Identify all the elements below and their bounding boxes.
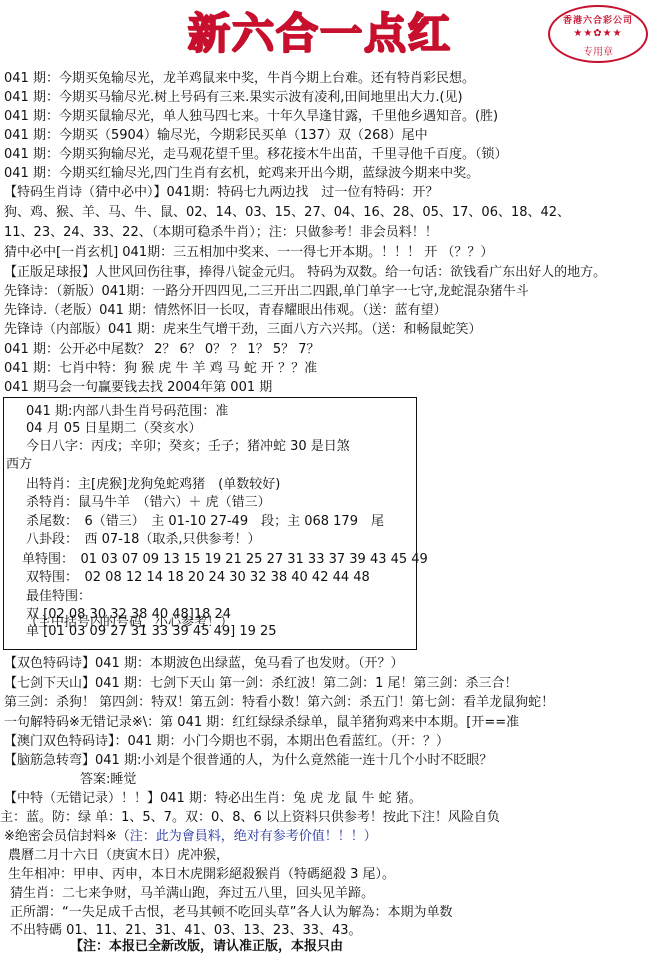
lower-line: 【脑筋急转弯】041 期:小刘是个很普通的人，为什么竟然能一连十几个小时不眨眼？ bbox=[4, 752, 492, 769]
box-line: 八卦段： 西 07-18（取杀,只供参考！） bbox=[26, 531, 261, 548]
prediction-line: 041 期：今期买兔输尽光，龙羊鸡鼠来中奖，牛肖今期上台难。还有特肖彩民想。 bbox=[4, 70, 475, 87]
prediction-line: 041 期：今期买红输尽光,四门生肖有玄机，蛇鸡来开出今期，蓝绿波今期来中奖。 bbox=[4, 165, 479, 182]
poem-line: 041 期：七肖中特：狗 猴 虎 牛 羊 鸡 马 蛇 开 ？？准 bbox=[4, 360, 317, 377]
box-line: 最佳特围： bbox=[26, 588, 91, 605]
poem-line: 猜中必中[一肖玄机] 041期：三五相加中奖来、一一得七开本期。！！！ 开 （？… bbox=[4, 244, 493, 261]
member-note-prefix: ※绝密会员信封料※（ bbox=[4, 829, 130, 844]
box-line: 04 月 05 日星期二（癸亥水） bbox=[26, 420, 201, 437]
box-line: 041 期:内部八卦生肖号码范围：准 bbox=[26, 403, 228, 420]
prediction-line: 041 期：今期买（5904）输尽光，今期彩民买单（137）双（268）尾中 bbox=[4, 127, 428, 144]
newspaper-title: 新六合一点红 bbox=[188, 6, 468, 62]
official-seal-stamp: 香港六合彩公司 ★★✿★★ 专用章 bbox=[548, 5, 648, 63]
seal-stars-icon: ★★✿★★ bbox=[550, 28, 646, 39]
box-line: 杀特肖：鼠马牛羊 （错六）＋ 虎（错三） bbox=[26, 494, 271, 511]
lower-line-answer: 答案:睡觉 bbox=[80, 771, 136, 788]
box-line: 杀尾数： 6（错三） 主 01-10 27-49 段；主 068 179 尾 bbox=[26, 513, 384, 530]
box-line: 今日八字：丙戌；辛卯；癸亥；壬子；猪冲蛇 30 是日煞 bbox=[26, 438, 350, 455]
lower-line: 一句解特码※无错记录※\：第 041 期：红红绿绿杀绿单，鼠羊猪狗鸡来中本期。[… bbox=[4, 714, 519, 731]
lower-line: 【澳门双色特码诗】：041 期：小门今期也不弱，本期出色看蓝红。（开：？） bbox=[4, 733, 449, 750]
poem-line: 041 期马会一句赢要钱去找 2004年第 001 期 bbox=[4, 379, 272, 396]
seal-bottom-text: 专用章 bbox=[550, 43, 646, 58]
box-line: （主中括号内的号码，小心参考！） bbox=[25, 614, 233, 631]
prediction-line: 041 期：今期买马输尽光.树上号码有三来.果实示波有凌利,田间地里出大力.(见… bbox=[4, 89, 463, 106]
poem-line: 先锋诗（内部版）041 期：虎来生气增干劲，三面八方六兴邦。（送：和畅鼠蛇笑） bbox=[4, 321, 481, 338]
box-line: 双特围： 02 08 12 14 18 20 24 30 32 38 40 42… bbox=[26, 569, 370, 586]
lower-line: 第三剑：杀狗！ 第四剑：特双！第五剑：特看小数！第六剑：杀五门！第七剑：看羊龙鼠… bbox=[4, 694, 554, 711]
seal-top-text: 香港六合彩公司 bbox=[550, 13, 646, 26]
lower-line: 主：蓝。防：绿 单：1、5、7。双：0、8、6 以上资料只供参考！按此下注！风险… bbox=[0, 809, 500, 826]
box-line: 单特围： 01 03 07 09 13 15 19 21 25 27 31 33… bbox=[22, 551, 428, 568]
bagua-range-box: 041 期:内部八卦生肖号码范围：准 04 月 05 日星期二（癸亥水） 今日八… bbox=[3, 397, 417, 650]
lunar-line: 生年相冲：甲申、丙申，本日木虎開彩絕殺猴肖（特碼絕殺 3 尾）。 bbox=[8, 866, 395, 883]
poem-line: 先锋诗.（老版）041 期：情然怀旧一长叹，青春耀眼出伟观。（送：蓝有望） bbox=[4, 302, 447, 319]
poem-line: 041 期：公开必中尾数？ 2？ 6？ 0？ ？ 1？ 5？ 7？ bbox=[4, 341, 320, 358]
member-note-line: ※绝密会员信封料※（注：此为會員料，绝对有参考价值！！！） bbox=[4, 828, 377, 845]
header: 新六合一点红 香港六合彩公司 ★★✿★★ 专用章 bbox=[0, 0, 653, 68]
box-line: 出特肖：主[虎猴]龙狗兔蛇鸡猪 (单数较好) bbox=[26, 476, 280, 493]
member-note-blue-text: 注：此为會員料，绝对有参考价值！！！） bbox=[130, 829, 377, 844]
lunar-line: 正所謂：“一失足成千古恨，老马其顿不吃回头草”各人认为解為：本期为单数 bbox=[10, 904, 452, 921]
lower-line: 【双色特码诗】041 期：本期波色出绿蓝，兔马看了也发财。（开？） bbox=[4, 655, 403, 672]
footer-notice: 【注：本报已全新改版，请认准正版，本报只由 bbox=[70, 938, 343, 955]
lunar-line: 農曆二月十六日（庚寅木日）虎冲猴， bbox=[8, 847, 229, 864]
prediction-line: 041 期：今期买鼠输尽光，单人独马四七来。十年久旱逢甘露，千里他乡遇知音。(胜… bbox=[4, 108, 498, 125]
lunar-line: 不出特碼 01、11、21、31、41、03、13、23、33、43。 bbox=[10, 922, 362, 939]
poem-line: 狗、鸡、猴、羊、马、牛、鼠、02、14、03、15、27、04、16、28、05… bbox=[4, 204, 570, 221]
prediction-line: 041 期：今期买狗输尽光，走马观花望千里。移花接木牛出苗，千里寻他千百度。（锁… bbox=[4, 146, 507, 163]
lunar-line: 猜生肖：二七来争财，马羊满山跑，奔过五八里，回头见羊蹄。 bbox=[10, 885, 374, 902]
poem-line: 【正版足球报】人世风回伤往事，捧得八锭金元归。 特码为双数。给一句话：欲钱看广东… bbox=[4, 264, 606, 281]
poem-line: 【特码生肖诗（猜中必中）】041期：特码七九两边找 过一位有特码：开？ bbox=[4, 184, 438, 201]
lower-line: 【七剑下天山】041 期：七剑下天山 第一剑：杀红波！第二剑：1 尾！第三剑：杀… bbox=[4, 675, 517, 692]
poem-line: 11、23、24、33、22、（本期可稳杀牛肖）；注：只做参考！非会员料！！ bbox=[4, 224, 438, 241]
lower-line: 【中特（无错记录）！！】041 期：特必出生肖：兔 虎 龙 鼠 牛 蛇 猪。 bbox=[4, 790, 422, 807]
box-line: 西方 bbox=[6, 456, 32, 473]
poem-line: 先锋诗：（新版）041期：一路分开四四见,二三开出二四跟,单门单字一七守,龙蛇混… bbox=[4, 283, 529, 300]
